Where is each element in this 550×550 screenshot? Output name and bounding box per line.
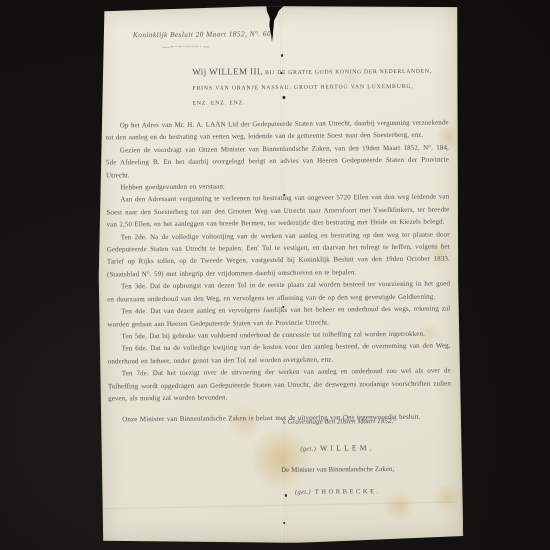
place-date-line: 's Gravenhage den 20sten Maart 1852.: [221, 414, 453, 428]
royal-title: Wij WILLEM III, bij de gratie Gods Konin…: [192, 62, 454, 111]
minister-title-line: De Minister van Binnenlandsche Zaken,: [222, 462, 454, 476]
title-line-3: enz. enz. enz.: [192, 94, 454, 111]
title-line-1: Wij WILLEM III, bij de gratie Gods Konin…: [192, 62, 454, 81]
speck: [281, 54, 283, 57]
title-king-name: Wij WILLEM III,: [192, 66, 263, 77]
signature-thorbecke: (get.) THORBECKE.: [222, 482, 454, 499]
speck: [283, 522, 285, 524]
document-page: Koninklijk Besluit 20 Maart 1852, N°. 60…: [96, 4, 464, 544]
body-paragraph: Ten 2de. Na de volledige voltooijing van…: [107, 228, 450, 281]
signed-label: (get.): [300, 446, 316, 453]
photo-background: Koninklijk Besluit 20 Maart 1852, N°. 60…: [0, 0, 550, 550]
signature-willem: (get.) WILLEM.: [221, 439, 453, 456]
signature-name-thorbecke: THORBECKE.: [315, 488, 381, 496]
body-paragraph: Ten 3de. Dat de opbrengst van dezen Tol …: [107, 278, 450, 306]
ornament-divider: —~·~·~·~·—: [162, 43, 211, 51]
body-paragraph: Ten 6de. Dat na de volledige kwijting va…: [108, 340, 451, 368]
body-paragraph: Gezien de voordragt van Onzen Minister v…: [106, 141, 449, 181]
body-paragraphs: Op het Adres van Mr. H. A. LAAN Lid der …: [106, 117, 452, 427]
horizontal-fold-crease: [104, 500, 459, 510]
header-caption: Koninklijk Besluit 20 Maart 1852, N°. 60…: [133, 29, 273, 39]
signature-name-willem: WILLEM.: [320, 443, 375, 452]
body-paragraph: Ten 7de. Dat het toezigt over de uitvoer…: [108, 365, 451, 405]
body-paragraph: Aan den Adressant vergunning te verleene…: [106, 191, 449, 231]
title-line-1-rest: bij de gratie Gods Koning der Nederlande…: [263, 69, 432, 76]
body-paragraph: Ten 4de. Dat van dezen aanleg en vervolg…: [107, 303, 450, 331]
signed-label: (get.): [295, 489, 311, 496]
closing-block: 's Gravenhage den 20sten Maart 1852. (ge…: [221, 414, 454, 499]
body-paragraph: Op het Adres van Mr. H. A. LAAN Lid der …: [106, 117, 449, 145]
